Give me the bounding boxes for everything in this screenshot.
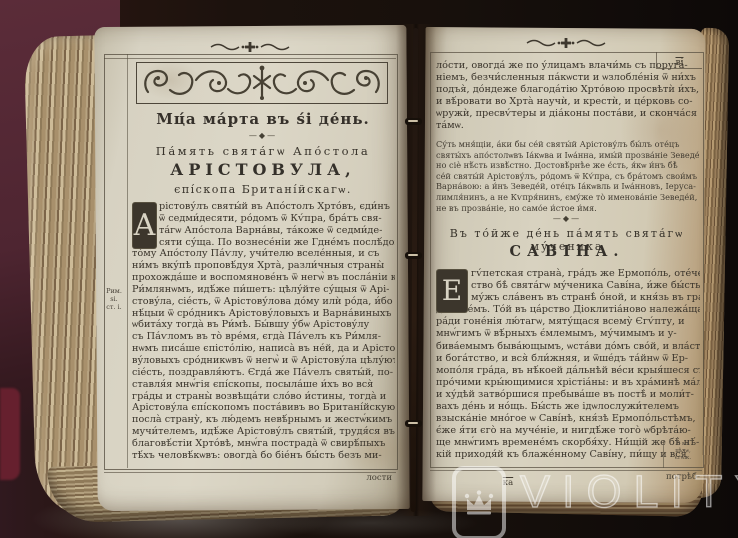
text-line: ѡбита́ху тогда̀ въ Ри́мѣ. Бы́вшу у́бѡ Ар… — [132, 319, 395, 331]
text-line: мопо́ля гра́да, въ нѣ́коей да́льнѣй ве́с… — [436, 365, 700, 377]
text-line: ніемъ, безчи́сленныя па́кѡсти и ѡзлобле́… — [436, 72, 699, 84]
margin-note: В мі.цѣлѡ,єгѡж. — [666, 441, 700, 462]
text-line: му́жъ сла́венъ въ странѣ̀ о́ной, и кня́з… — [436, 292, 700, 304]
text-line: Су́ть мня́щіи, а́ки бы се́й святы́й Аріс… — [436, 139, 699, 150]
cross-ornament-icon — [205, 41, 295, 53]
text-line: ни́мъ вку́пѣ проповѣ́дуя Хрта̀, разли́чн… — [132, 260, 395, 272]
left-page-body-text: рістову́лъ святы́й въ Апо́столъ Хрто́въ,… — [132, 201, 395, 463]
text-line: гѵ́петская страна̀, гра́дъ же Ермопо́ль,… — [436, 268, 700, 280]
text-line: єгѡж. — [666, 455, 700, 462]
text-line: бива́емымъ быва́ющымъ, ѡста́ви до́мъ сво… — [436, 341, 700, 353]
text-line: цѣлѡ, — [666, 448, 700, 455]
text-line: про́чими кры́ющимися хрістіа́ны: и въ хр… — [436, 377, 700, 389]
text-line: В мі. — [666, 441, 700, 448]
text-line: мнѡ́гимъ ѿ вѣ́рныхъ є́млемымъ, му́чимымъ… — [436, 328, 700, 340]
ruled-line — [104, 58, 396, 59]
text-line: ще мнѡ́гимъ времене́мъ скорбя́ху. Ни́щій… — [436, 437, 700, 449]
binding-stitch-knot — [405, 252, 422, 259]
margin-note: Рим.ѕі.ст. і. — [102, 287, 126, 311]
text-line: та́гѡ Апо́стола Варна́вы, та́коже ѿ седм… — [132, 225, 395, 237]
text-line: ло́сти, овогда́ же по у́лицамъ влачи́мь … — [436, 60, 699, 72]
watermark-logo-frame — [452, 466, 506, 538]
text-line: та́мѡ. — [436, 120, 699, 132]
text-line: тѣ́хъ человѣ́кѡвъ: овогда̀ бо біе́нъ бы́… — [132, 450, 395, 462]
commentary-note-text: Су́ть мня́щіи, а́ки бы се́й святы́й Аріс… — [436, 139, 699, 213]
margin-rule — [663, 440, 664, 468]
right-page-body-text: гѵ́петская страна̀, гра́дъ же Ермопо́ль,… — [436, 268, 700, 464]
text-line: сяти су́ща. По вознесе́ніи же Гдне́мъ по… — [132, 237, 395, 249]
text-line: Арістову́ла єпі́скопомъ поста́вивъ во Бр… — [132, 402, 395, 414]
text-line: Ри́млянѡмъ, идѣ́же пи́шетъ: цѣлу́йте су́… — [132, 284, 395, 296]
text-line: нѣ́цыи ѿ сро́дникъ Арістову́ловыхъ и Вар… — [132, 308, 395, 320]
text-line: рістову́лъ святы́й въ Апо́столъ Хрто́въ,… — [132, 201, 395, 213]
floral-headpiece-ornament — [136, 62, 388, 104]
divider-ornament: —◆— — [436, 214, 698, 223]
text-line: подъя̀, до́ндеже благода́тію Хрто́вою пр… — [436, 84, 699, 96]
text-line: ра́ди гоне́нія лю́тагѡ, мяту́щася всему̀… — [436, 316, 700, 328]
text-line: нѡмъ писа́ше єпісто́лію, написа̀ въ не́й… — [132, 343, 395, 355]
text-line: гра́ды и страны̀ возвѣща́ти сло́во и́сти… — [132, 391, 395, 403]
text-line: посла̀ страну̀, къ лю́демъ невѣ́рнымъ и … — [132, 414, 395, 426]
margin-rule — [127, 54, 128, 468]
cross-ornament-icon — [521, 37, 611, 49]
text-line: кій приходя́й къ блаже́нному Саві́ну, пи… — [436, 449, 700, 461]
drop-cap-initial: Е — [437, 270, 467, 312]
right-page-body-text: ло́сти, овогда́ же по у́лицамъ влачи́мь … — [436, 60, 699, 132]
text-line: но сіѐ нѣ́сть извѣ́стно. Достовѣ́рнѣе же… — [436, 160, 699, 171]
text-line: и бога́тство, и вся̀ бли́жняя, и ѿше́дъ … — [436, 353, 700, 365]
text-line: и ху́дѣй затво́ршися пребыва́ше въ постѣ… — [436, 389, 700, 401]
book-photo: Мц́а ма́рта въ ѕ́і де́нь. —◆— Па́мять св… — [0, 0, 738, 538]
binding-stitch-knot — [405, 118, 422, 125]
text-line: ство бѣ̀ свята́гѡ му́ченика Саві́на, и́ж… — [436, 280, 700, 292]
text-line: ву́ловыхъ сро́дникѡвъ ѿ негѡ̀ и ѿ Арісто… — [132, 355, 395, 367]
text-line: взыска́ніе мно́гое ѡ Саві́нѣ, кня́зѣ Ерм… — [436, 413, 700, 425]
text-line: є́же я́ти єго̀ на муче́ніе, и нигдѣ́же т… — [436, 425, 700, 437]
text-line: вахъ де́нь и но́щь. Бы́сть же ідѡлослужи… — [436, 401, 700, 413]
saint-name-heading: САВІНА. — [436, 243, 698, 260]
text-line: не въ прозва́ніе, но само́е и́стое и́мя. — [436, 203, 699, 214]
watermark-text: VIOLITY — [520, 466, 738, 518]
memory-line: Па́мять свята́гѡ Апо́стола — [132, 144, 394, 158]
crown-icon — [463, 490, 495, 516]
text-line: лимля́нинъ, а не Кѵпря́нинъ, єму́же то̀ … — [436, 192, 699, 203]
saint-rank-line: єпі́скопа Британі́йскагѡ. — [132, 183, 394, 196]
text-line: мучи́телемъ, идѣ́же Арістову́лъ святы́й,… — [132, 426, 395, 438]
text-line: и вѣ́ровати во Хрта̀ научѝ, и крестѝ, и … — [436, 96, 699, 108]
text-line: ѕі. — [102, 295, 126, 303]
drop-cap-initial: А — [133, 203, 156, 248]
text-line: Варна́вою: а и́нъ Зеведе́й, оте́цъ Іа́кѡ… — [436, 181, 699, 192]
saint-name-heading: АРІСТОВУЛА, — [132, 160, 394, 179]
text-line: се́й святы́й Арістову́лъ, ро́домъ ѿ Кѵ́п… — [436, 171, 699, 182]
text-line: дѣ свое́мъ. То́й въ ца́рство Діоклитіа́н… — [436, 304, 700, 316]
text-line: прохожда́ше и воспомянове́нъ ѿ негѡ̀ въ … — [132, 272, 395, 284]
text-line: то́му Апо́столу Па́ѵлу, учи́телю вселе́н… — [132, 248, 395, 260]
text-line: ѡружѝ, пресвѵ́теры и діа́коны поста́ви, … — [436, 108, 699, 120]
text-line: ѿ седми́десяти, ро́домъ ѿ Кѵ́пра, бра́тъ… — [132, 213, 395, 225]
text-line: сіе́сть, поздравля́ютъ. Єгда́ же Па́ѵелъ… — [132, 367, 395, 379]
text-line: ставля́я мнѡ́гія єпі́скопы, посыла́ше и́… — [132, 379, 395, 391]
background-cloth-sliver — [0, 388, 20, 480]
text-line: благовѣ́стіи Хрто́вѣ, мнѡ́га пострада̀ ѿ… — [132, 438, 395, 450]
text-line: стову́ла, сіе́сть, ѿ Арістову́лова до́му… — [132, 296, 395, 308]
text-line: Рим. — [102, 287, 126, 295]
catchword: лости — [330, 473, 392, 483]
binding-stitch-knot — [405, 420, 422, 427]
text-line: святы́хъ апо́столѡвъ Іа́кѡва и Іѡа́нна, … — [436, 150, 699, 161]
divider-ornament: —◆— — [132, 131, 394, 140]
page-title: Мц́а ма́рта въ ѕ́і де́нь. — [132, 110, 394, 128]
text-line: съ Па́ѵломъ въ то̀ вре́мя, єгда̀ Па́ѵелъ… — [132, 331, 395, 343]
text-line: ст. і. — [102, 303, 126, 311]
